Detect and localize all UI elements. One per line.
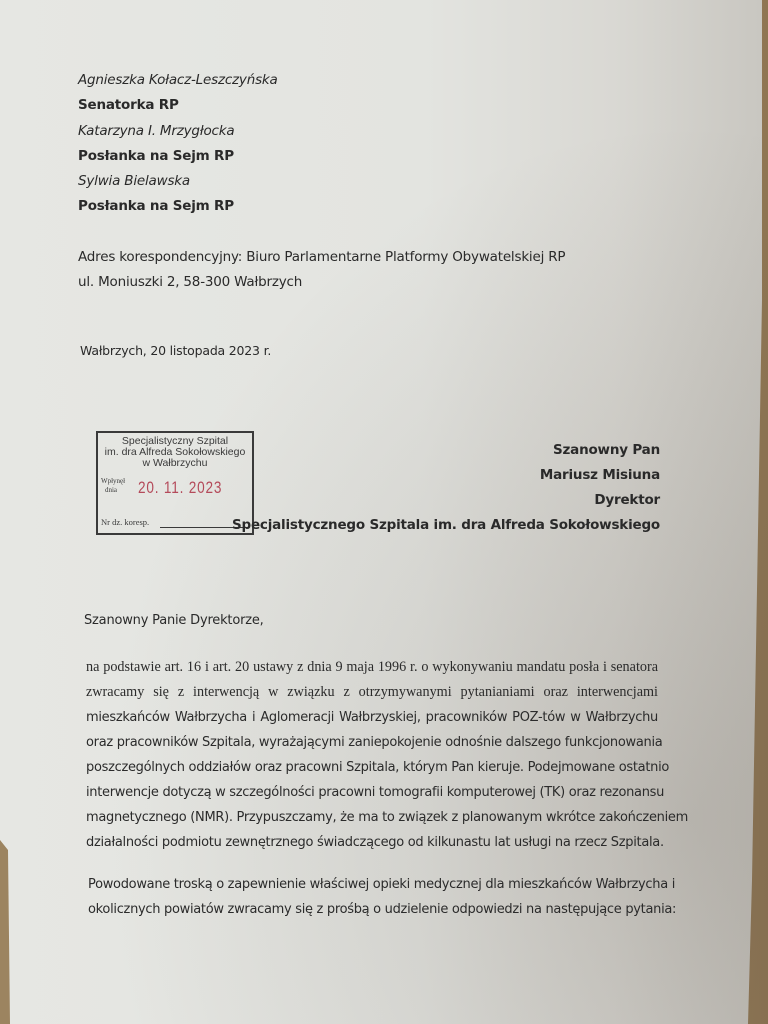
sender-name-2: Katarzyna I. Mrzygłocka <box>78 123 234 139</box>
paragraph-1-line: na podstawie art. 16 i art. 20 ustawy z … <box>86 655 658 680</box>
paragraph-1: na podstawie art. 16 i art. 20 ustawy z … <box>86 655 658 855</box>
paragraph-1-line: mieszkańców Wałbrzycha i Aglomeracji Wał… <box>86 705 658 730</box>
stamp-received-label-2: dnia <box>101 486 121 495</box>
received-stamp: Specjalistyczny Szpital im. dra Alfreda … <box>96 431 254 535</box>
sender-name-3: Sylwia Bielawska <box>78 173 190 189</box>
recipient-salutation: Szanowny Pan <box>553 442 660 458</box>
paragraph-1-line: poszczególnych oddziałów oraz pracowni S… <box>86 755 658 780</box>
paragraph-2-line: okolicznych powiatów zwracamy się z proś… <box>88 897 660 922</box>
recipient-institution: Specjalistycznego Szpitala im. dra Alfre… <box>232 517 660 533</box>
date-line: Wałbrzych, 20 listopada 2023 r. <box>80 343 271 358</box>
paragraph-1-line: działalności podmiotu zewnętrznego świad… <box>86 830 658 855</box>
stamp-received-label: Wpłynęł dnia <box>101 477 121 495</box>
address-line-2: ul. Moniuszki 2, 58-300 Wałbrzych <box>78 274 302 290</box>
recipient-name: Mariusz Misiuna <box>540 467 660 483</box>
stamp-ref-label: Nr dz. koresp. <box>101 517 149 527</box>
sender-name-1: Agnieszka Kołacz-Leszczyńska <box>78 72 278 88</box>
paragraph-1-line: zwracamy się z interwencją w związku z o… <box>86 680 658 705</box>
paragraph-1-line: magnetycznego (NMR). Przypuszczamy, że m… <box>86 805 658 830</box>
stamp-institution: Specjalistyczny Szpital im. dra Alfreda … <box>98 436 252 469</box>
paragraph-1-line: interwencje dotyczą w szczególności prac… <box>86 780 658 805</box>
stamp-line-3: w Wałbrzychu <box>98 458 252 469</box>
sender-title-1: Senatorka RP <box>78 97 179 113</box>
address-line-1: Adres korespondencyjny: Biuro Parlamenta… <box>78 249 565 265</box>
paragraph-2: Powodowane troską o zapewnienie właściwe… <box>88 872 660 922</box>
recipient-position: Dyrektor <box>594 492 660 508</box>
letter-salutation: Szanowny Panie Dyrektorze, <box>84 613 264 628</box>
sender-title-2: Posłanka na Sejm RP <box>78 148 234 164</box>
paragraph-1-line: oraz pracowników Szpitala, wyrażającymi … <box>86 730 658 755</box>
stamp-received-date: 20. 11. 2023 <box>138 478 222 498</box>
paragraph-2-line: Powodowane troską o zapewnienie właściwe… <box>88 872 660 897</box>
stamp-received-label-1: Wpłynęł <box>101 477 121 486</box>
sender-title-3: Posłanka na Sejm RP <box>78 198 234 214</box>
